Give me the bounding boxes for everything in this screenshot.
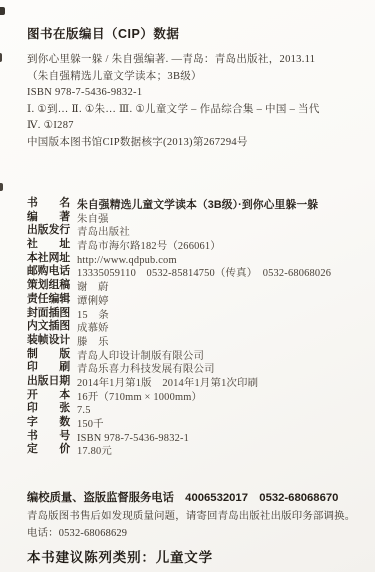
cip-record-number-line: 中国版本图书馆CIP数据核字(2013)第267294号 bbox=[27, 135, 367, 152]
field-label: 出版发行 bbox=[27, 224, 73, 238]
field-value: 青岛乐喜力科技发展有限公司 bbox=[77, 364, 215, 375]
field-value: 谢 蔚 bbox=[77, 282, 109, 293]
field-label: 定 价 bbox=[27, 443, 73, 457]
field-label: 印 张 bbox=[27, 402, 73, 416]
colophon-row: 印 刷 青岛乐喜力科技发展有限公司 bbox=[27, 361, 369, 375]
colophon-row: 责任编辑 谭俐婷 bbox=[27, 293, 369, 307]
field-label: 装帧设计 bbox=[27, 334, 73, 348]
field-label: 策划组稿 bbox=[27, 279, 73, 293]
field-label: 开 本 bbox=[27, 389, 73, 403]
field-value: 成慕娇 bbox=[77, 323, 109, 334]
colophon-row: 内文插图 成慕娇 bbox=[27, 320, 369, 334]
field-value: 16开（710mm × 1000mm） bbox=[77, 392, 202, 403]
field-label: 社 址 bbox=[27, 238, 73, 252]
cip-title-line: 到你心里躲一躲 / 朱自强编著. —青岛：青岛出版社，2013.11 bbox=[27, 52, 367, 69]
colophon-row: 开 本 16开（710mm × 1000mm） bbox=[27, 389, 369, 403]
colophon-row: 书 名 朱自强精选儿童文学读本（3B级）·到你心里躲一躲 bbox=[27, 197, 369, 211]
colophon-row: 书 号 ISBN 978-7-5436-9832-1 bbox=[27, 430, 369, 444]
colophon-row: 制 版 青岛人印设计制版有限公司 bbox=[27, 348, 369, 362]
field-value: 青岛人印设计制版有限公司 bbox=[77, 351, 204, 362]
copyright-page: 图书在版编目（CIP）数据 到你心里躲一躲 / 朱自强编著. —青岛：青岛出版社… bbox=[0, 0, 375, 572]
field-label: 字 数 bbox=[27, 416, 73, 430]
cip-classification-line: Ⅰ. ①到… Ⅱ. ①朱… Ⅲ. ①儿童文学 – 作品综合集 – 中国 – 当代 bbox=[27, 102, 367, 119]
field-value: 朱自强 bbox=[77, 214, 109, 225]
return-phone-line: 电话：0532-68068629 bbox=[27, 526, 369, 543]
field-value: 滕 乐 bbox=[77, 337, 109, 348]
field-value: 青岛市海尔路182号（266061） bbox=[77, 241, 221, 252]
field-label: 印 刷 bbox=[27, 361, 73, 375]
colophon-row: 本社网址 http://www.qdpub.com bbox=[27, 252, 369, 266]
cip-series-line: （朱自强精选儿童文学读本；3B级） bbox=[27, 69, 367, 86]
cip-data-block: 图书在版编目（CIP）数据 到你心里躲一躲 / 朱自强编著. —青岛：青岛出版社… bbox=[27, 24, 367, 151]
cip-heading: 图书在版编目（CIP）数据 bbox=[27, 24, 367, 42]
page-edge-artifact bbox=[0, 183, 3, 191]
field-value: 150千 bbox=[77, 419, 104, 430]
colophon-row: 邮购电话 13335059110 0532-85814750（传真） 0532-… bbox=[27, 265, 369, 279]
colophon-row: 装帧设计 滕 乐 bbox=[27, 334, 369, 348]
colophon-row: 编 著 朱自强 bbox=[27, 211, 369, 225]
cip-classification-line: Ⅳ. ①I287 bbox=[27, 118, 367, 135]
field-label: 责任编辑 bbox=[27, 293, 73, 307]
colophon-row: 封面插图 15 条 bbox=[27, 307, 369, 321]
field-label: 编 著 bbox=[27, 211, 73, 225]
colophon-row: 策划组稿 谢 蔚 bbox=[27, 279, 369, 293]
field-value: 谭俐婷 bbox=[77, 296, 109, 307]
field-value: 朱自强精选儿童文学读本（3B级）·到你心里躲一躲 bbox=[77, 199, 318, 211]
colophon-row: 印 张 7.5 bbox=[27, 402, 369, 416]
field-value: 2014年1月第1版 2014年1月第1次印刷 bbox=[77, 378, 258, 389]
field-label: 出版日期 bbox=[27, 375, 73, 389]
field-label: 书 号 bbox=[27, 430, 73, 444]
page-edge-artifact bbox=[0, 7, 5, 15]
field-label: 邮购电话 bbox=[27, 265, 73, 279]
quality-service-phone-line: 编校质量、盗版监督服务电话 4006532017 0532-68068670 bbox=[27, 491, 369, 506]
field-label: 封面插图 bbox=[27, 307, 73, 321]
footer-block: 编校质量、盗版监督服务电话 4006532017 0532-68068670 青… bbox=[27, 491, 369, 566]
cip-isbn-line: ISBN 978-7-5436-9832-1 bbox=[27, 85, 367, 102]
field-label: 书 名 bbox=[27, 197, 73, 211]
colophon-row: 出版日期 2014年1月第1版 2014年1月第1次印刷 bbox=[27, 375, 369, 389]
field-value: 青岛出版社 bbox=[77, 227, 130, 238]
colophon-row: 字 数 150千 bbox=[27, 416, 369, 430]
shelving-category-line: 本书建议陈列类别：儿童文学 bbox=[27, 546, 369, 566]
field-value: 17.80元 bbox=[77, 446, 112, 457]
field-label: 内文插图 bbox=[27, 320, 73, 334]
colophon-row: 出版发行 青岛出版社 bbox=[27, 224, 369, 238]
field-value: ISBN 978-7-5436-9832-1 bbox=[77, 433, 189, 444]
field-value: 15 条 bbox=[77, 310, 109, 321]
page-edge-artifact bbox=[0, 53, 2, 62]
colophon-table: 书 名 朱自强精选儿童文学读本（3B级）·到你心里躲一躲 编 著 朱自强 出版发… bbox=[27, 197, 369, 457]
field-label: 本社网址 bbox=[27, 252, 73, 266]
field-value: http://www.qdpub.com bbox=[77, 255, 177, 266]
field-value: 13335059110 0532-85814750（传真） 0532-68068… bbox=[77, 268, 331, 279]
colophon-row: 社 址 青岛市海尔路182号（266061） bbox=[27, 238, 369, 252]
return-policy-line: 青岛版图书售后如发现质量问题，请寄回青岛出版社出版印务部调换。 bbox=[27, 509, 369, 526]
field-label: 制 版 bbox=[27, 348, 73, 362]
colophon-row: 定 价 17.80元 bbox=[27, 443, 369, 457]
field-value: 7.5 bbox=[77, 405, 91, 416]
